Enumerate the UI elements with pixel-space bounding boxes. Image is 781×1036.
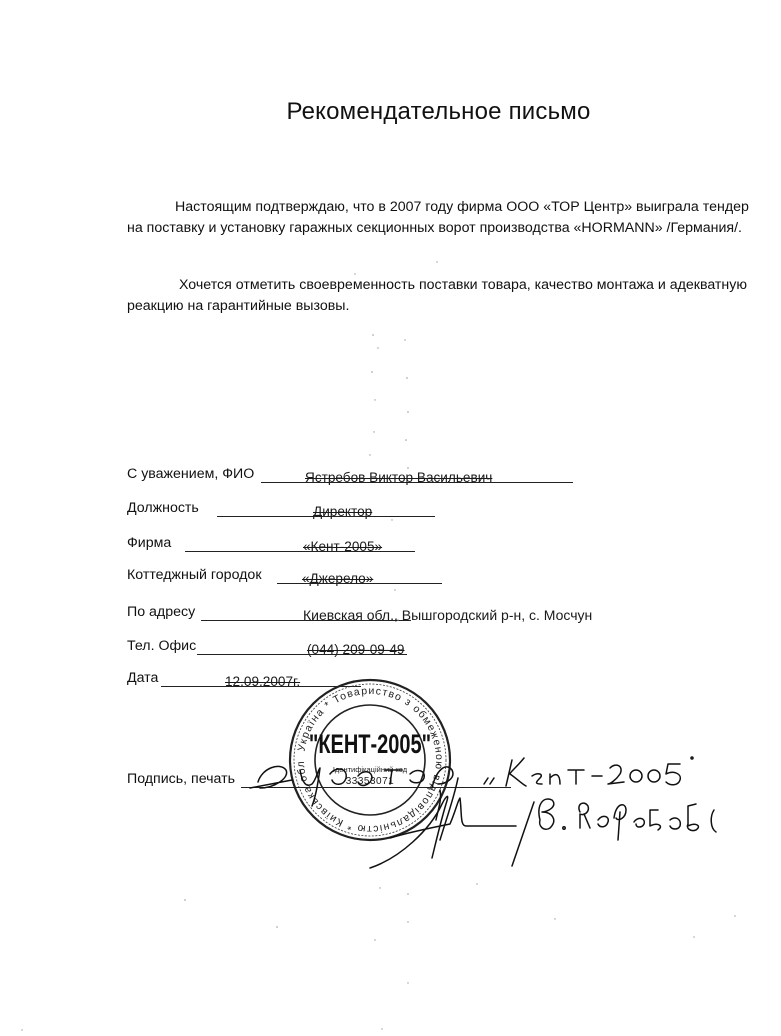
field-phone: Тел. Офис (044) 209-09-49 [127,638,427,658]
field-address: По адресу Киевская обл., Вышгородский р-… [127,604,627,624]
field-signature-label: Подпись, печать [127,771,235,787]
field-date-label: Дата [127,670,158,686]
field-fio-label: С уважением, ФИО [127,466,254,482]
field-address-value: Киевская обл., Вышгородский р-н, с. Мосч… [303,607,592,623]
field-company-value: «Кент-2005» [303,539,382,554]
field-position-value: Директор [313,504,372,519]
field-address-label: По адресу [127,604,195,620]
field-village-value: «Джерело» [302,571,373,586]
field-company-label: Фирма [127,535,171,551]
field-position: Должность Директор [127,500,447,520]
field-phone-value: (044) 209-09-49 [307,642,405,657]
document-title: Рекомендательное письмо [48,98,781,126]
field-village: Коттеджный городок «Джерело» [127,567,457,587]
paragraph-1: Настоящим подтверждаю, что в 2007 году ф… [127,197,757,239]
paragraph-2: Хочется отметить своевременность поставк… [127,275,757,317]
field-village-label: Коттеджный городок [127,567,262,583]
handwritten-signature [240,740,760,880]
paragraph-2-text: Хочется отметить своевременность поставк… [127,277,747,314]
field-position-label: Должность [127,500,199,516]
paragraph-1-text: Настоящим подтверждаю, что в 2007 году ф… [127,199,749,236]
field-fio: С уважением, ФИО Ястребов Виктор Василье… [127,466,587,486]
field-company: Фирма «Кент-2005» [127,535,427,555]
field-fio-value: Ястребов Виктор Васильевич [305,470,492,485]
field-phone-label: Тел. Офис [127,638,196,654]
